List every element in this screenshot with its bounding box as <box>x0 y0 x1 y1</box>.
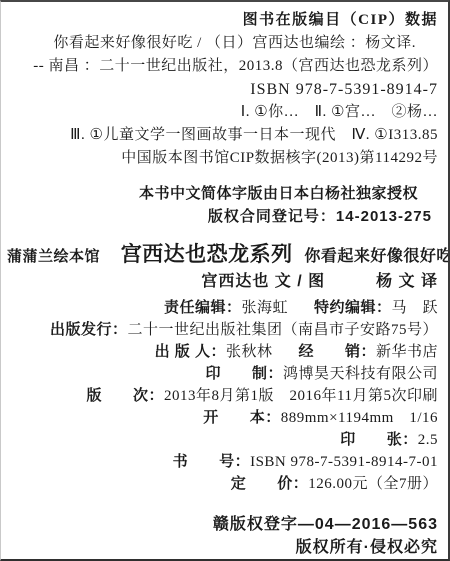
value-price: 126.00元（全7册） <box>308 476 438 492</box>
label-publisher-person: 出 版 人： <box>155 343 226 360</box>
colophon: 责任编辑：张海虹特约编辑：马 跃 出版发行：二十一世纪出版社集团（南昌市子安路7… <box>7 297 438 495</box>
value-edition: 2013年8月第1版 2016年11月第5次印刷 <box>164 388 438 404</box>
license-block: 本书中文简体字版由日本白杨社独家授权 版权合同登记号：14-2013-275 <box>7 182 438 228</box>
cip-entry-line2: -- 南昌 ：二十一世纪出版社，2013.8（宫西达也恐龙系列） <box>7 55 438 78</box>
cip-header: 图书在版编目（CIP）数据 <box>7 9 438 32</box>
label-edition: 版 次： <box>87 387 165 404</box>
label-special-editor: 特约编辑： <box>314 299 392 316</box>
colophon-row-price: 定 价：126.00元（全7册） <box>7 473 438 495</box>
credits-row: 宫西达也 文 / 图 杨 文 译 <box>7 270 438 293</box>
imprint-name: 蒲蒲兰绘本馆 <box>7 248 100 265</box>
value-publisher-person: 张秋林 <box>226 344 273 360</box>
value-publisher: 二十一世纪出版社集团（南昌市子安路75号） <box>127 322 438 338</box>
cip-isbn: ISBN 978-7-5391-8914-7 <box>7 78 438 101</box>
label-printer: 印 制： <box>205 365 283 382</box>
label-sheets: 印 张： <box>340 431 418 448</box>
value-book-number: ISBN 978-7-5391-8914-7-01 <box>250 454 438 470</box>
colophon-row-editor: 责任编辑：张海虹特约编辑：马 跃 <box>7 297 438 319</box>
label-price: 定 价： <box>231 475 309 492</box>
license-registration: 版权合同登记号：14-2013-275 <box>7 205 432 228</box>
colophon-row-publisher: 出版发行：二十一世纪出版社集团（南昌市子安路75号） <box>7 319 438 341</box>
value-special-editor: 马 跃 <box>391 300 438 316</box>
footer-registration: 赣版权登字—04—2016—563 <box>7 513 438 536</box>
value-responsible-editor: 张海虹 <box>241 300 288 316</box>
footer-block: 赣版权登字—04—2016—563 版权所有·侵权必究 <box>7 513 438 559</box>
cip-entry-line1: 你看起来好像很好吃 / （日）宫西达也编绘 ：杨文译. <box>7 32 416 55</box>
colophon-row-printer: 印 制：鸿博昊天科技有限公司 <box>7 363 438 385</box>
label-publisher: 出版发行： <box>50 321 128 338</box>
cip-classification-line2: Ⅲ. ①儿童文学一图画故事一日本一现代 Ⅳ. ①I313.85 <box>7 124 438 147</box>
label-distributor: 经 销： <box>298 343 376 360</box>
value-printer: 鸿博昊天科技有限公司 <box>283 366 438 382</box>
colophon-row-edition: 版 次：2013年8月第1版 2016年11月第5次印刷 <box>7 385 438 407</box>
label-format: 开 本： <box>203 409 281 426</box>
colophon-row-book-number: 书 号：ISBN 978-7-5391-8914-7-01 <box>7 451 438 473</box>
value-distributor: 新华书店 <box>376 344 438 360</box>
cip-record-number: 中国版本图书馆CIP数据核字(2013)第114292号 <box>7 147 438 170</box>
book-title: 你看起来好像很好吃 <box>304 248 450 265</box>
series-title: 宫西达也恐龙系列 <box>121 243 293 266</box>
license-authorization: 本书中文简体字版由日本白杨社独家授权 <box>7 182 418 205</box>
footer-copyright-notice: 版权所有·侵权必究 <box>7 536 438 559</box>
colophon-row-publisher-person: 出 版 人：张秋林经 销：新华书店 <box>7 341 438 363</box>
title-row: 蒲蒲兰绘本馆 宫西达也恐龙系列 你看起来好像很好吃 <box>7 242 438 270</box>
colophon-row-format: 开 本：889mm×1194mm 1/16 <box>7 407 438 429</box>
copyright-page: 图书在版编目（CIP）数据 你看起来好像很好吃 / （日）宫西达也编绘 ：杨文译… <box>0 0 450 561</box>
label-book-number: 书 号： <box>173 453 251 470</box>
label-responsible-editor: 责任编辑： <box>164 299 242 316</box>
cip-classification-line1: Ⅰ. ①你… Ⅱ. ①宫… ②杨… <box>7 101 438 124</box>
colophon-row-sheets: 印 张：2.5 <box>7 429 438 451</box>
value-format: 889mm×1194mm 1/16 <box>281 410 438 426</box>
value-sheets: 2.5 <box>418 432 438 448</box>
